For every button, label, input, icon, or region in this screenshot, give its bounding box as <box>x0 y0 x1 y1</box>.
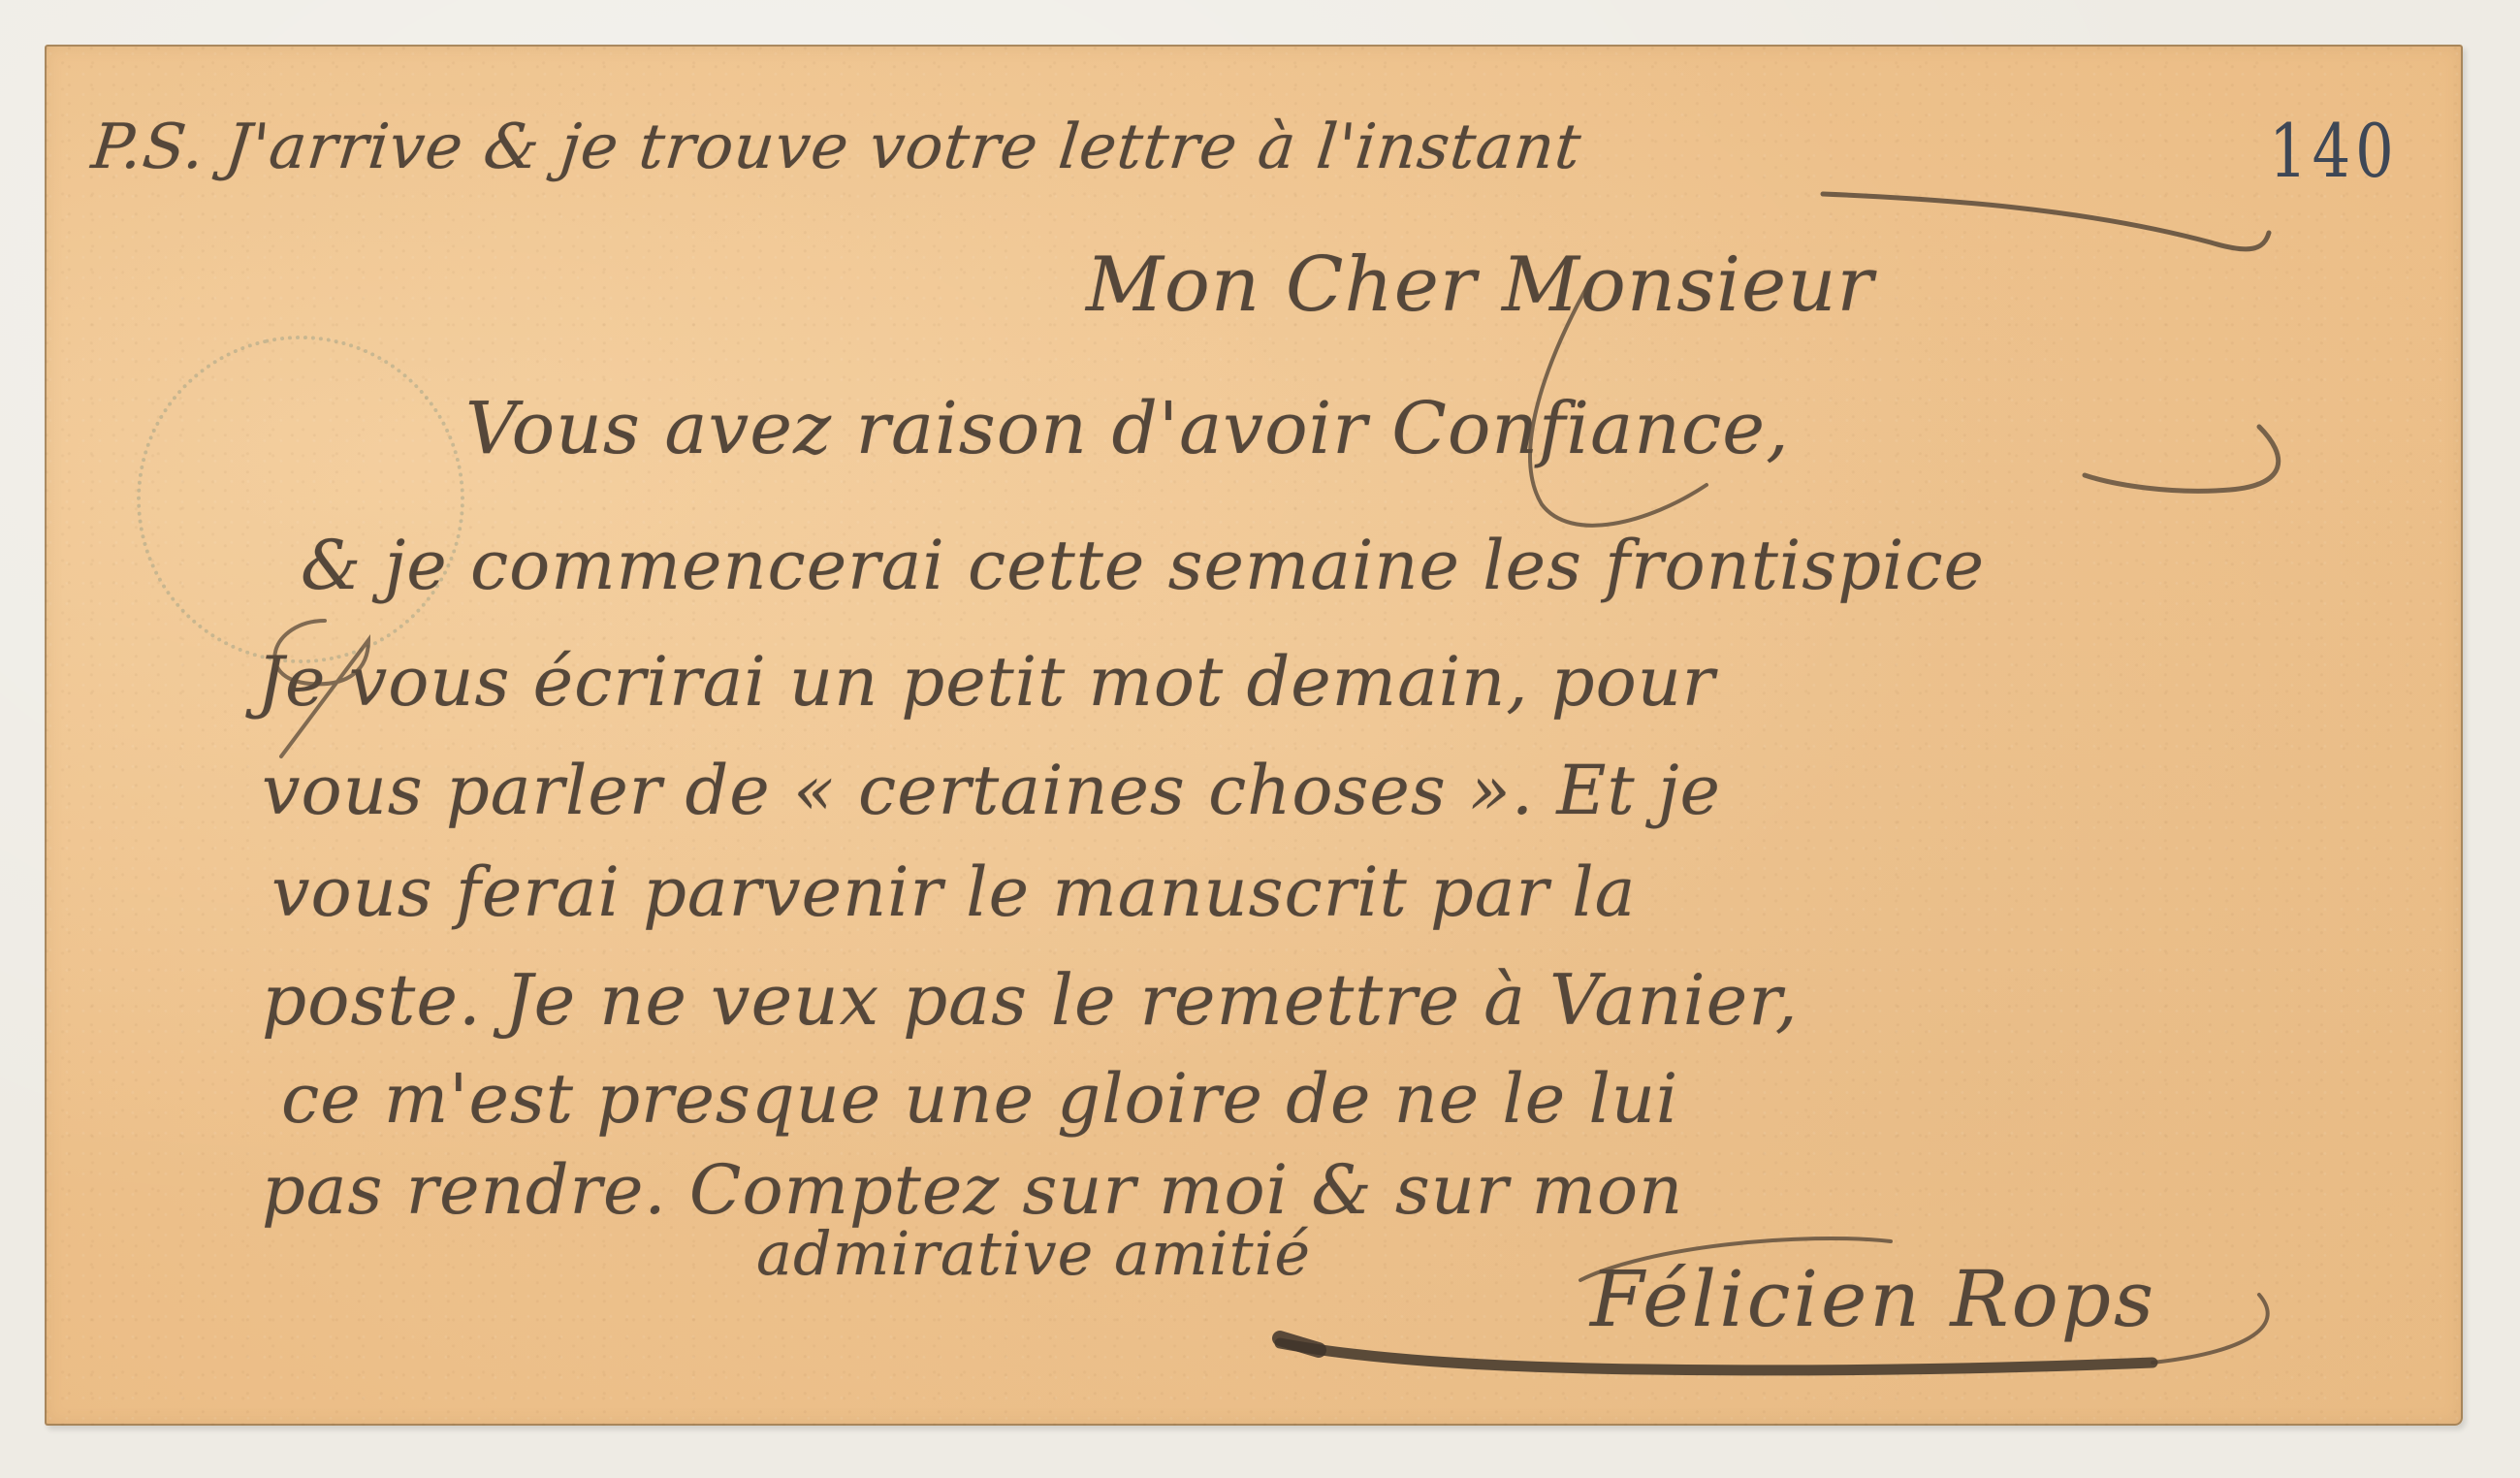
body-line-5: vous ferai parvenir le manuscrit par la <box>271 858 1636 926</box>
body-line-6: poste. Je ne veux pas le remettre à Vani… <box>262 965 1799 1035</box>
closing-phrase: admirative amitié <box>756 1224 1311 1284</box>
body-line-4: vous parler de « certaines choses ». Et … <box>262 756 1721 824</box>
body-line-3: Je vous écrirai un petit mot demain, pou… <box>257 648 1715 716</box>
body-line-7: ce m'est presque une gloire de ne le lui <box>281 1065 1678 1133</box>
body-line-2: & je commencerai cette semaine les front… <box>301 531 1985 599</box>
signature: Félicien Rops <box>1590 1261 2156 1338</box>
archive-number-stamp: 140 <box>2269 114 2399 188</box>
salutation: Mon Cher Monsieur <box>1086 247 1874 323</box>
body-line-1: Vous avez raison d'avoir Confiance, <box>465 393 1790 465</box>
faded-postmark-stamp <box>107 305 495 694</box>
body-line-8: pas rendre. Comptez sur moi & sur mon <box>262 1156 1683 1224</box>
postscript-line: P.S. J'arrive & je trouve votre lettre à… <box>89 116 1584 178</box>
